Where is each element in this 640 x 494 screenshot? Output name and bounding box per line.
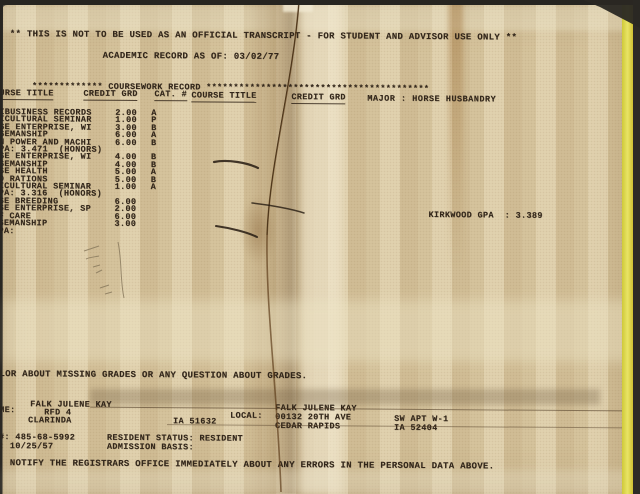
scanned-transcript-page: ** THIS IS NOT TO BE USED AS AN OFFICIAL… [0, 0, 640, 494]
gpa-row: PA: [0, 227, 218, 237]
ruled-line-upper [90, 407, 627, 412]
missing-grades-note: LOR ABOUT MISSING GRADES OR ANY QUESTION… [0, 370, 307, 381]
notify-registrars-note: NOTIFY THE REGISTRARS OFFICE IMMEDIATELY… [10, 459, 495, 471]
header-course-title-right: COURSE TITLE [191, 91, 256, 102]
unofficial-notice: ** THIS IS NOT TO BE USED AS AN OFFICIAL… [10, 30, 517, 43]
home-city: CLARINDA [28, 416, 72, 425]
record-as-of-line: ACADEMIC RECORD AS OF: 03/02/77 [103, 52, 280, 62]
printed-text-layer: ** THIS IS NOT TO BE USED AS AN OFFICIAL… [0, 0, 640, 494]
header-credit-grd-left: CREDIT GRD [83, 90, 137, 101]
major-line: MAJOR : HORSE HUSBANDRY [367, 95, 496, 104]
admission-basis-line: ADMISSION BASIS: [107, 443, 194, 452]
header-course-title-left: URSE TITLE [0, 89, 54, 100]
local-label: LOCAL: [230, 412, 263, 421]
birthdate-line: : 10/25/57 [0, 442, 53, 451]
name-label: ME: [0, 406, 15, 415]
local-city: CEDAR RAPIDS [275, 422, 340, 431]
kirkwood-gpa-line: KIRKWOOD GPA : 3.389 [428, 211, 542, 220]
header-credit-grd-right: CREDIT GRD [291, 93, 345, 104]
gpa-text: PA: [0, 227, 15, 236]
header-cat-number: CAT. # [154, 90, 187, 101]
